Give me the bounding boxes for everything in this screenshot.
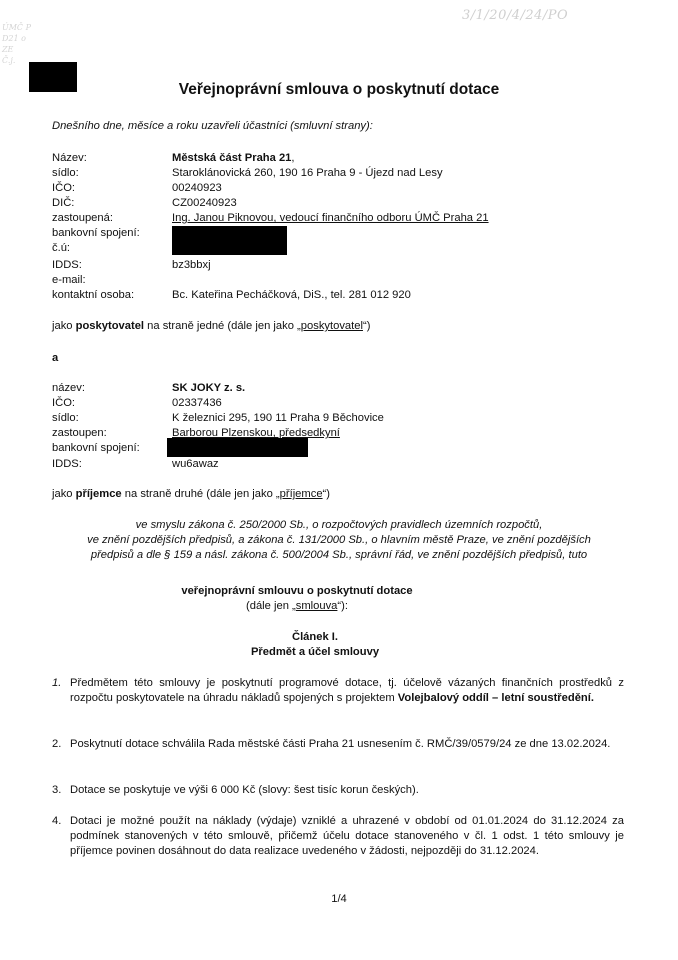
field-value: Městská část Praha 21, [172,151,295,166]
recipient-row-represented: zastoupen: Barborou Plzenskou, předsedky… [52,426,652,441]
recipient-name: SK JOKY z. s. [172,381,245,396]
text: (dále jen „ [246,600,296,612]
recipient-row-bank: bankovní spojení: [52,441,652,456]
provider-row-seat: sídlo: Staroklánovická 260, 190 16 Praha… [52,166,652,181]
stamp-line: ZE [2,44,31,55]
provider-row-ico: IČO: 00240923 [52,181,652,196]
clause-number: 2. [52,737,61,752]
text: “) [363,320,370,332]
recipient-row-ico: IČO: 02337436 [52,396,652,411]
text: “): [337,600,348,612]
contract-alias: (dále jen „smlouva“): [0,599,636,614]
field-label: Název: [52,151,87,166]
clause-3: 3.Dotace se poskytuje ve výši 6 000 Kč (… [52,783,624,798]
project-name: Volejbalový oddíl – letní soustředění. [398,692,594,704]
legal-basis-line: ve znění pozdějších předpisů, a zákona č… [0,533,678,548]
recipient-row-seat: sídlo: K železnici 295, 190 11 Praha 9 B… [52,411,652,426]
provider-row-contact: kontaktní osoba: Bc. Kateřina Pecháčková… [52,288,652,303]
provider-row-name: Název: Městská část Praha 21, [52,151,652,166]
field-value: wu6awaz [172,457,219,472]
provider-name: Městská část Praha 21 [172,152,291,164]
clause-1: 1.Předmětem této smlouvy je poskytnutí p… [52,676,624,706]
stamp-line: D21 o [2,33,31,44]
field-label: IDDS: [52,258,82,273]
field-label: sídlo: [52,166,79,181]
text: na straně druhé (dále jen jako „ [122,488,280,500]
role-term: poskytovatel [76,320,144,332]
role-term: příjemce [76,488,122,500]
alias-term: smlouva [296,600,338,612]
field-label: IČO: [52,181,75,196]
article-number: Článek I. [0,630,654,645]
field-value: K železnici 295, 190 11 Praha 9 Běchovic… [172,411,384,426]
field-value: Bc. Kateřina Pecháčková, DiS., tel. 281 … [172,288,411,303]
redacted-bank-details [172,226,287,255]
clause-number: 1. [52,676,61,691]
field-value: 00240923 [172,181,222,196]
field-label: DIČ: [52,196,74,211]
document-title: Veřejnoprávní smlouva o poskytnutí dotac… [0,82,678,97]
legal-basis: ve smyslu zákona č. 250/2000 Sb., o rozp… [0,518,678,563]
field-label: IDDS: [52,457,82,472]
provider-row-email: e-mail: [52,273,652,288]
recipient-row-name: název: SK JOKY z. s. [52,381,652,396]
provider-row-idds: IDDS: bz3bbxj [52,258,652,273]
article-title: Předmět a účel smlouvy [0,645,654,660]
contract-heading: veřejnoprávní smlouvu o poskytnutí dotac… [0,584,636,599]
redacted-bank-details [167,438,308,457]
field-value: Staroklánovická 260, 190 16 Praha 9 - Új… [172,166,443,181]
field-value: bz3bbxj [172,258,211,273]
field-label: kontaktní osoba: [52,288,134,303]
role-alias: poskytovatel [301,320,363,332]
field-label: č.ú: [52,241,70,256]
clause-text: Dotace se poskytuje ve výši 6 000 Kč (sl… [70,784,419,796]
legal-basis-line: předpisů a dle § 159 a násl. zákona č. 5… [0,548,678,563]
clause-number: 4. [52,814,61,829]
clause-text: Poskytnutí dotace schválila Rada městské… [70,738,610,750]
provider-role-line: jako poskytovatel na straně jedné (dále … [52,319,370,334]
field-label: název: [52,381,85,396]
received-stamp: ÚMČ P D21 o ZE Č.j. [2,22,31,66]
text: jako [52,320,76,332]
field-label: zastoupená: [52,211,113,226]
provider-row-represented: zastoupená: Ing. Janou Piknovou, vedoucí… [52,211,652,226]
stamp-line: Č.j. [2,55,31,66]
intro-text: Dnešního dne, měsíce a roku uzavřeli úča… [52,119,373,134]
text: na straně jedné (dále jen jako „ [144,320,301,332]
clause-text: Dotaci je možné použít na náklady (výdaj… [70,815,624,857]
field-label: bankovní spojení: [52,441,140,456]
conjunction: a [52,351,58,366]
clause-number: 3. [52,783,61,798]
recipient-row-idds: IDDS: wu6awaz [52,457,652,472]
field-label: IČO: [52,396,75,411]
field-value: CZ00240923 [172,196,237,211]
provider-row-dic: DIČ: CZ00240923 [52,196,652,211]
text: jako [52,488,76,500]
field-value: 02337436 [172,396,222,411]
field-label: zastoupen: [52,426,107,441]
provider-row-account: č.ú: [52,241,652,256]
field-label: sídlo: [52,411,79,426]
provider-row-bank: bankovní spojení: [52,226,652,241]
field-value: Ing. Janou Piknovou, vedoucí finančního … [172,211,489,226]
field-label: bankovní spojení: [52,226,140,241]
clause-4: 4.Dotaci je možné použít na náklady (výd… [52,814,624,859]
field-label: e-mail: [52,273,86,288]
page-number: 1/4 [0,892,678,907]
recipient-role-line: jako příjemce na straně druhé (dále jen … [52,487,330,502]
role-alias: příjemce [280,488,323,500]
registration-stamp: 3/1/20/4/24/PO [462,8,568,23]
stamp-line: ÚMČ P [2,22,31,33]
punct: , [291,152,294,164]
legal-basis-line: ve smyslu zákona č. 250/2000 Sb., o rozp… [0,518,678,533]
clause-2: 2.Poskytnutí dotace schválila Rada městs… [52,737,624,752]
text: “) [323,488,330,500]
